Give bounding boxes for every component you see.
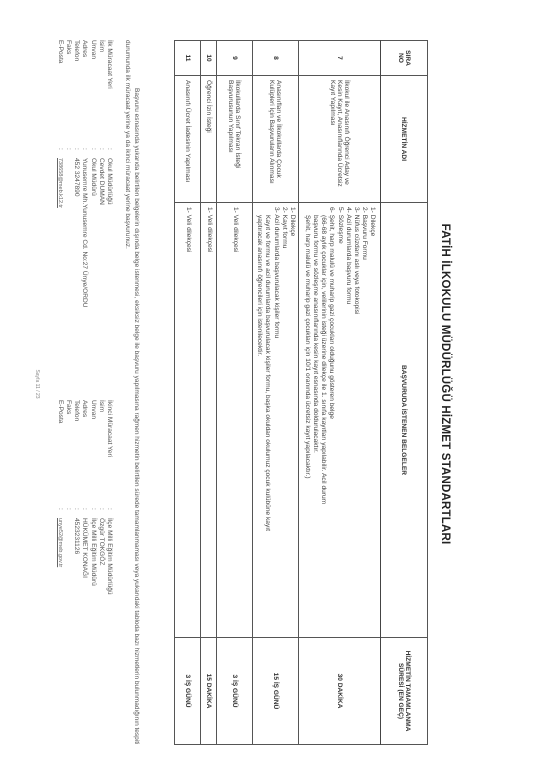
contact-separator: : [88, 148, 96, 158]
second-contact-block: İkinci Müracaat Yeri:İlçe Milli Eğitim M… [56, 400, 113, 595]
document-item: Kayıt ve formu ve acil durumlarda başvur… [263, 207, 271, 633]
contact-separator: : [80, 148, 88, 158]
service-name: Anasınıfları ve İlkokullarda Çocuk Kulüp… [252, 76, 298, 203]
service-name: Anasınıfı Ücret İadesinin Yapılması [174, 76, 200, 203]
contact-value: Özgür TOKGÖZ [97, 518, 105, 565]
required-documents: 1- Veli dilekçesi [174, 203, 200, 638]
contact-separator: : [80, 508, 88, 518]
contact-row: İkinci Müracaat Yeri:İlçe Milli Eğitim M… [105, 400, 113, 595]
completion-time: 3 İŞ GÜNÜ [174, 638, 200, 745]
contact-separator: : [88, 508, 96, 518]
contact-row: İlk Müracaat Yeri:Okul Müdürlüğü [105, 40, 113, 308]
completion-time: 3 İŞ GÜNÜ [216, 638, 252, 745]
document-item: 6- Şehit, harp malulü ve muharip gazi ço… [327, 207, 335, 633]
contact-label: İsim [97, 40, 105, 148]
contact-label: Unvan [88, 40, 96, 148]
contact-label: Adres [80, 400, 88, 508]
table-row: 9İlkokullarda Sınıf Tekrarı İsteği Başvu… [216, 41, 252, 745]
document-title: FATİH İLKOKULU MÜDÜRLÜĞÜ HİZMET STANDART… [439, 0, 451, 768]
contact-label: Unvan [88, 400, 96, 508]
contact-label: Telefon [72, 40, 80, 148]
contact-row: Adres:HÜKÜMET KONAĞI [80, 400, 88, 595]
page-number: Sayfa 11 / 23 [34, 0, 40, 768]
row-number: 9 [216, 41, 252, 76]
contact-separator: : [105, 148, 113, 158]
contact-label: İlk Müracaat Yeri [105, 40, 113, 148]
contact-label: E-Posta [56, 400, 64, 508]
header-service-name: HİZMETİN ADI [381, 76, 428, 203]
service-name: Öğrenci İzin İsteği [200, 76, 216, 203]
service-standards-table: SIRA NO HİZMETİN ADI BAŞVURUDA İSTENEN B… [174, 40, 428, 745]
contact-value: 4523231126 [72, 518, 80, 554]
contact-row: Faks: [64, 40, 72, 308]
contact-row: Faks: [64, 400, 72, 595]
contact-separator: : [56, 508, 64, 518]
contact-row: Telefon:4523231126 [72, 400, 80, 595]
contact-value: Cevdet DUMAN [97, 158, 105, 205]
first-contact-block: İlk Müracaat Yeri:Okul Müdürlüğüİsim:Cev… [56, 40, 113, 308]
document-item: yaptıracak anasınıfı öğrencileri için is… [255, 207, 263, 633]
contact-row: Adres:Yunusemre Mh.Yunusemre Cd. No:27 Ü… [80, 40, 88, 308]
row-number: 11 [174, 41, 200, 76]
contact-value: İlçe Milli Eğitim Müdürü [88, 518, 96, 586]
document-item: 3- Acil durumlarda başvurulacak kişiler … [271, 207, 279, 633]
contact-label: E-Posta [56, 40, 64, 148]
table-row: 7İlkokul ile Anasınıfı Öğrenci Aday ve K… [299, 41, 381, 745]
document-item: 1- Dilekçe [368, 207, 376, 633]
contact-row: E-Posta:738658@meb.k12.tr [56, 40, 64, 308]
contact-separator: : [72, 508, 80, 518]
contact-separator: : [97, 148, 105, 158]
contact-label: İkinci Müracaat Yeri [105, 400, 113, 508]
contact-row: İsim:Özgür TOKGÖZ [97, 400, 105, 595]
service-name: İlkokul ile Anasınıfı Öğrenci Aday ve Ke… [299, 76, 381, 203]
contact-value: HÜKÜMET KONAĞI [80, 518, 88, 578]
table-header-row: SIRA NO HİZMETİN ADI BAŞVURUDA İSTENEN B… [381, 41, 428, 745]
table-body: 7İlkokul ile Anasınıfı Öğrenci Aday ve K… [174, 41, 380, 745]
contact-separator: : [56, 148, 64, 158]
document-item: 3- Nüfus cüzdanı aslı veya fotokopisi [352, 207, 360, 633]
required-documents: 1- Veli dilekçesi [200, 203, 216, 638]
document-item: 1- Veli dilekçesi [204, 207, 212, 633]
document-item: Şehit, harp malulü ve muharip gazi çocuk… [303, 207, 311, 633]
row-number: 10 [200, 41, 216, 76]
document-item: başvuru formu ve sözleşme anasınıflarınd… [311, 207, 319, 633]
table-row: 10Öğrenci İzin İsteği1- Veli dilekçesi15… [200, 41, 216, 745]
contact-separator: : [64, 148, 72, 158]
contact-value: Yunusemre Mh.Yunusemre Cd. No:27 Ünye/OR… [80, 158, 88, 308]
document-item: 2- Başvuru Formu [360, 207, 368, 633]
completion-time: 15 DAKİKA [200, 638, 216, 745]
document-item: 5- Sözleşme [335, 207, 343, 633]
document-item: 2- Kayıt formu [280, 207, 288, 633]
table-row: 11Anasınıfı Ücret İadesinin Yapılması1- … [174, 41, 200, 745]
contact-row: E-Posta:unye52@meb.gov.tr [56, 400, 64, 595]
contact-label: Faks [64, 400, 72, 508]
completion-time: 30 DAKİKA [299, 638, 381, 745]
contact-separator: : [72, 148, 80, 158]
contact-label: Telefon [72, 400, 80, 508]
contact-row: Unvan:Okul Müdürü [88, 40, 96, 308]
contact-email-link[interactable]: unye52@meb.gov.tr [56, 518, 64, 567]
completion-time: 15 İŞ GÜNÜ [252, 638, 298, 745]
contact-value: İlçe Milli Eğitim Müdürlüğü [105, 518, 113, 595]
row-number: 8 [252, 41, 298, 76]
table-row: 8Anasınıfları ve İlkokullarda Çocuk Kulü… [252, 41, 298, 745]
document-item: 4- Acil durumlarda başvuru formu [344, 207, 352, 633]
contact-label: Adres [80, 40, 88, 148]
contact-row: Unvan:İlçe Milli Eğitim Müdürü [88, 400, 96, 595]
contact-row: Telefon:452 3247890 [72, 40, 80, 308]
required-documents: 1- Veli dilekçesi [216, 203, 252, 638]
document-item: 1- Dilekçe [288, 207, 296, 633]
note-text: Başvuru esnasında yukarıda belirtilen be… [123, 40, 140, 745]
contact-value: 452 3247890 [72, 158, 80, 197]
required-documents: 1- Dilekçe2- Başvuru Formu3- Nüfus cüzda… [299, 203, 381, 638]
document-item: 1- Veli dilekçesi [230, 207, 238, 633]
contact-row: İsim:Cevdet DUMAN [97, 40, 105, 308]
contact-separator: : [97, 508, 105, 518]
contact-value: Okul Müdürü [88, 158, 96, 196]
document-item: 1- Veli dilekçesi [183, 207, 191, 633]
contact-separator: : [64, 508, 72, 518]
contact-separator: : [105, 508, 113, 518]
header-completion-time: HİZMETİN TAMAMLANMA SÜRESİ (EN GEÇ) [381, 638, 428, 745]
document-page: FATİH İLKOKULU MÜDÜRLÜĞÜ HİZMET STANDART… [0, 0, 543, 768]
document-item: (66-68 aylık çocuklar için, velilerinin … [319, 207, 327, 633]
row-number: 7 [299, 41, 381, 76]
contact-label: İsim [97, 400, 105, 508]
required-documents: 1- Dilekçe2- Kayıt formu3- Acil durumlar… [252, 203, 298, 638]
contact-value: Okul Müdürlüğü [105, 158, 113, 205]
contact-label: Faks [64, 40, 72, 148]
header-no: SIRA NO [381, 41, 428, 76]
contact-email-link[interactable]: 738658@meb.k12.tr [56, 158, 64, 208]
header-required-documents: BAŞVURUDA İSTENEN BELGELER [381, 203, 428, 638]
service-name: İlkokullarda Sınıf Tekrarı İsteği Başvur… [216, 76, 252, 203]
